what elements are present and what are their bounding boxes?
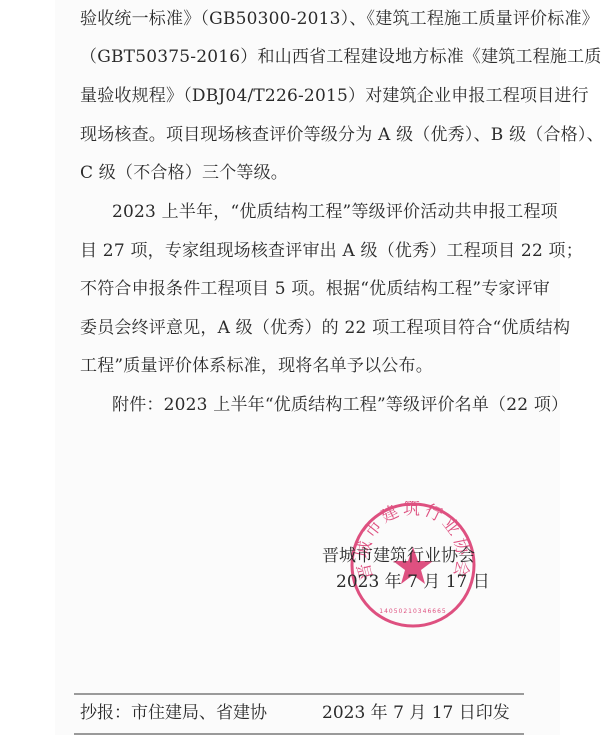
svg-text:14050210346665: 14050210346665 xyxy=(379,608,446,615)
signature-date: 2023 年 7 月 17 日 xyxy=(336,572,490,592)
paragraph-1-line-3: 量验收规程》（DBJ04/T226-2015）对建筑企业申报工程项目进行 xyxy=(80,86,546,106)
paragraph-1-line-4: 现场核查。项目现场核查评价等级分为 A 级（优秀）、B 级（合格）、 xyxy=(80,125,546,145)
signature-organization: 晋城市建筑行业协会 xyxy=(322,546,475,566)
paragraph-1-line-2: （GBT50375-2016）和山西省工程建设地方标准《建筑工程施工质 xyxy=(80,47,546,67)
paragraph-2-line-1: 2023 上半年，“优质结构工程”等级评价活动共申报工程项 xyxy=(112,202,546,222)
paragraph-2-line-4: 委员会终评意见，A 级（优秀）的 22 项工程项目符合“优质结构 xyxy=(80,318,546,338)
footer-top-rule xyxy=(74,693,524,695)
paragraph-2-line-3: 不符合申报条件工程项目 5 项。根据“优质结构工程”专家评审 xyxy=(80,279,546,299)
paragraph-2-line-2: 目 27 项，专家组现场核查评审出 A 级（优秀）工程项目 22 项； xyxy=(80,241,546,261)
paragraph-1-line-1: 验收统一标准》（GB50300-2013）、《建筑工程施工质量评价标准》 xyxy=(80,9,546,29)
paragraph-1-line-5: C 级（不合格）三个等级。 xyxy=(80,163,546,183)
footer-cc: 抄报：市住建局、省建协 xyxy=(80,703,267,723)
paragraph-2-line-5: 工程”质量评价体系标准，现将名单予以公布。 xyxy=(80,356,546,376)
footer-issue-date: 2023 年 7 月 17 日印发 xyxy=(322,703,510,723)
footer-bottom-rule xyxy=(74,733,524,735)
attachment-line: 附件：2023 上半年“优质结构工程”等级评价名单（22 项） xyxy=(112,395,546,415)
